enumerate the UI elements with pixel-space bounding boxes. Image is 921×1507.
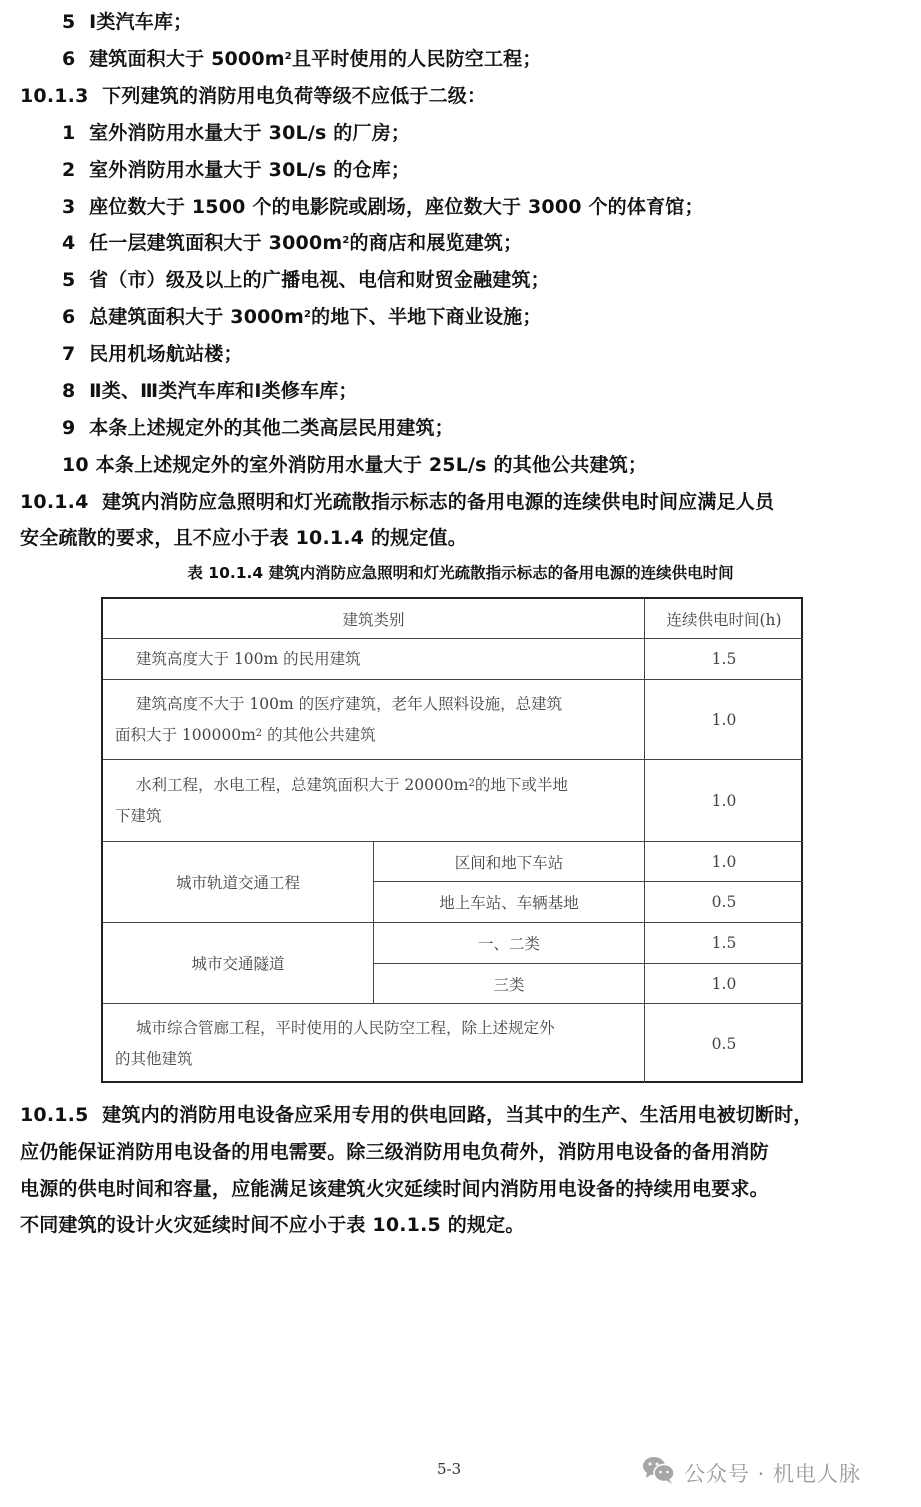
superscript: 2 — [285, 51, 292, 62]
clause-heading: 10.1.5 建筑内的消防用电设备应采用专用的供电回路，当其中的生产、生活用电被… — [20, 1103, 813, 1127]
item-text: Ⅱ类、Ⅲ类汽车库和Ⅰ类修车库； — [89, 380, 358, 402]
table-subrow-label: 区间和地下车站 — [374, 842, 644, 881]
table-row-duration: 1.0 — [645, 842, 803, 881]
power-duration-table: 建筑类别 连续供电时间(h) 建筑高度大于 100m 的民用建筑 1.5 建筑高… — [101, 597, 803, 1083]
item-text: 民用机场航站楼； — [89, 343, 243, 365]
item-number: 7 — [62, 343, 75, 365]
cell-text-line2: 的其他建筑 — [115, 1044, 555, 1075]
clause-number: 10.1.4 — [20, 491, 89, 513]
table-row-category: 城市综合管廊工程，平时使用的人民防空工程，除上述规定外 的其他建筑 — [103, 1004, 644, 1083]
table-row-duration: 1.0 — [645, 680, 803, 759]
table-group-rail-transit: 城市轨道交通工程 — [103, 842, 373, 922]
cell-text: 的地下或半地 — [475, 776, 568, 794]
clause-number: 10.1.5 — [20, 1104, 89, 1126]
list-item: 8 Ⅱ类、Ⅲ类汽车库和Ⅰ类修车库； — [62, 379, 358, 403]
header-category: 建筑类别 — [103, 599, 644, 638]
cell-text: 的其他公共建筑 — [262, 726, 375, 744]
cell-text: 面积大于 100000m — [115, 726, 256, 744]
item-text: 省（市）级及以上的广播电视、电信和财贸金融建筑； — [89, 269, 550, 291]
item-number: 3 — [62, 196, 75, 218]
watermark: 公众号 · 机电人脉 — [642, 1455, 861, 1490]
item-number: 5 — [62, 11, 75, 33]
list-item: 5 Ⅰ类汽车库； — [62, 10, 192, 34]
page-number: 5-3 — [437, 1460, 461, 1478]
table-row-category: 建筑高度不大于 100m 的医疗建筑，老年人照料设施，总建筑 面积大于 1000… — [103, 680, 644, 759]
table-row-duration: 0.5 — [645, 882, 803, 922]
cell-text: 建筑高度不大于 100m 的医疗建筑，老年人照料设施，总建筑 — [115, 689, 562, 720]
table-row-duration: 1.0 — [645, 760, 803, 841]
item-text: Ⅰ类汽车库； — [89, 11, 192, 33]
table-row-duration: 1.0 — [645, 964, 803, 1003]
item-text: 座位数大于 1500 个的电影院或剧场，座位数大于 3000 个的体育馆； — [89, 196, 704, 218]
item-number: 6 — [62, 48, 75, 70]
list-item: 9 本条上述规定外的其他二类高层民用建筑； — [62, 416, 454, 440]
cell-text: 城市综合管廊工程，平时使用的人民防空工程，除上述规定外 — [115, 1013, 555, 1044]
clause-text-continuation: 电源的供电时间和容量，应能满足该建筑火灾延续时间内消防用电设备的持续用电要求。 — [20, 1177, 769, 1201]
cell-text: 建筑高度大于 100m 的民用建筑 — [115, 644, 361, 675]
superscript: 2 — [342, 235, 349, 246]
superscript: 2 — [256, 728, 262, 739]
table-group-traffic-tunnel: 城市交通隧道 — [103, 923, 373, 1003]
cell-text-line2: 下建筑 — [115, 801, 568, 832]
list-item: 4 任一层建筑面积大于 3000m2的商店和展览建筑； — [62, 231, 522, 255]
item-text: 总建筑面积大于 3000m — [89, 306, 304, 328]
item-number: 9 — [62, 417, 75, 439]
list-item: 6 总建筑面积大于 3000m2的地下、半地下商业设施； — [62, 305, 542, 329]
table-row-duration: 1.5 — [645, 639, 803, 679]
table-subrow-label: 三类 — [374, 964, 644, 1003]
list-item: 10 本条上述规定外的室外消防用水量大于 25L/s 的其他公共建筑； — [62, 453, 647, 477]
item-text: 本条上述规定外的其他二类高层民用建筑； — [89, 417, 454, 439]
item-text: 室外消防用水量大于 30L/s 的仓库； — [89, 159, 410, 181]
header-duration: 连续供电时间(h) — [645, 599, 803, 638]
item-number: 4 — [62, 232, 75, 254]
wechat-icon — [642, 1455, 676, 1490]
cell-text-line1: 水利工程，水电工程，总建筑面积大于 20000m2的地下或半地 — [115, 770, 568, 801]
list-item: 7 民用机场航站楼； — [62, 342, 243, 366]
table-subrow-label: 一、二类 — [374, 923, 644, 963]
clause-text-continuation: 应仍能保证消防用电设备的用电需要。除三级消防用电负荷外，消防用电设备的备用消防 — [20, 1140, 769, 1164]
item-text: 的商店和展览建筑； — [350, 232, 523, 254]
item-number: 8 — [62, 380, 75, 402]
item-number: 5 — [62, 269, 75, 291]
cell-text-line2: 面积大于 100000m2 的其他公共建筑 — [115, 720, 562, 751]
table-row-duration: 1.5 — [645, 923, 803, 963]
item-text: 本条上述规定外的室外消防用水量大于 25L/s 的其他公共建筑； — [96, 454, 647, 476]
item-number: 2 — [62, 159, 75, 181]
superscript: 2 — [468, 778, 474, 789]
table-row-duration: 0.5 — [645, 1004, 803, 1083]
superscript: 2 — [304, 309, 311, 320]
item-number: 10 — [62, 454, 89, 476]
item-text: 室外消防用水量大于 30L/s 的厂房； — [89, 122, 410, 144]
table-row-category: 建筑高度大于 100m 的民用建筑 — [103, 639, 644, 679]
cell-text: 水利工程，水电工程，总建筑面积大于 20000m — [136, 776, 468, 794]
clause-text-continuation: 安全疏散的要求，且不应小于表 10.1.4 的规定值。 — [20, 526, 467, 550]
clause-heading: 10.1.4 建筑内消防应急照明和灯光疏散指示标志的备用电源的连续供电时间应满足… — [20, 490, 774, 514]
item-number: 1 — [62, 122, 75, 144]
item-text: 任一层建筑面积大于 3000m — [89, 232, 342, 254]
clause-text-continuation: 不同建筑的设计火灾延续时间不应小于表 10.1.5 的规定。 — [20, 1213, 525, 1237]
table-subrow-label: 地上车站、车辆基地 — [374, 882, 644, 922]
item-text: 建筑面积大于 5000m — [89, 48, 285, 70]
clause-number: 10.1.3 — [20, 85, 89, 107]
list-item: 1 室外消防用水量大于 30L/s 的厂房； — [62, 121, 410, 145]
table-row-category: 水利工程，水电工程，总建筑面积大于 20000m2的地下或半地 下建筑 — [103, 760, 644, 841]
list-item: 5 省（市）级及以上的广播电视、电信和财贸金融建筑； — [62, 268, 550, 292]
clause-text: 建筑内消防应急照明和灯光疏散指示标志的备用电源的连续供电时间应满足人员 — [102, 491, 774, 513]
list-item: 2 室外消防用水量大于 30L/s 的仓库； — [62, 158, 410, 182]
watermark-text: 公众号 · 机电人脉 — [684, 1458, 861, 1488]
item-text: 的地下、半地下商业设施； — [311, 306, 541, 328]
item-number: 6 — [62, 306, 75, 328]
clause-text: 下列建筑的消防用电负荷等级不应低于二级： — [102, 85, 486, 107]
clause-heading: 10.1.3 下列建筑的消防用电负荷等级不应低于二级： — [20, 84, 486, 108]
list-item: 3 座位数大于 1500 个的电影院或剧场，座位数大于 3000 个的体育馆； — [62, 195, 704, 219]
table-caption: 表 10.1.4 建筑内消防应急照明和灯光疏散指示标志的备用电源的连续供电时间 — [0, 562, 921, 584]
list-item: 6 建筑面积大于 5000m2且平时使用的人民防空工程； — [62, 47, 542, 71]
item-text: 且平时使用的人民防空工程； — [292, 48, 542, 70]
clause-text: 建筑内的消防用电设备应采用专用的供电回路，当其中的生产、生活用电被切断时， — [102, 1104, 812, 1126]
